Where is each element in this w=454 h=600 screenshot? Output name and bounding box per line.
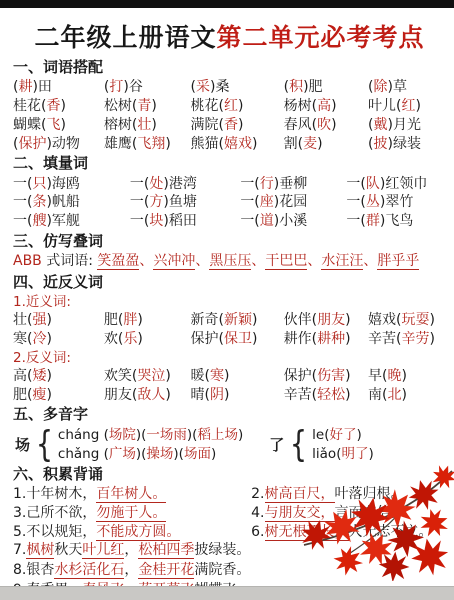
answer-text: 只 — [32, 176, 46, 192]
plain-text: 式词语: — [42, 253, 98, 269]
polyphone-char: 了 — [269, 434, 284, 455]
answer-text: 除 — [374, 79, 388, 95]
abb-words-line: ABB 式词语: 笑盈盈、兴冲冲、黑压压、干巴巴、水汪汪、胖乎乎 — [13, 252, 446, 272]
antonyms-grid: 高(矮)欢笑(哭泣)暖(寒)保护(伤害)早(晚)肥(瘦)朋友(敌人)晴(阴)辛苦… — [13, 367, 446, 405]
plain-text: 壮( — [13, 312, 32, 328]
answer-text: 块 — [149, 213, 163, 229]
answer-text: 香 — [224, 117, 238, 133]
word-item: 1.十年树木，百年树人。 — [13, 485, 251, 504]
plain-text: 熊猫( — [191, 136, 224, 152]
word-item: (积)肥 — [284, 78, 368, 97]
plain-text: 桂花( — [13, 98, 46, 114]
answer-text: 道 — [260, 213, 274, 229]
polyphone-readings: le(好了) liǎo(明了) — [312, 426, 374, 462]
plain-text: )桑 — [210, 79, 229, 95]
plain-text: 桃花( — [191, 98, 224, 114]
plain-text: 叶儿( — [368, 98, 401, 114]
section-reduplication: 三、仿写叠词 ABB 式词语: 笑盈盈、兴冲冲、黑压压、干巴巴、水汪汪、胖乎乎 — [13, 232, 446, 272]
plain-text: ) — [368, 446, 373, 462]
plain-text: )飞鸟 — [380, 213, 413, 229]
polyphone-entry-chang: 场 { cháng (场院)(一场雨)(稻上场) chǎng (广场)(操场)(… — [15, 426, 243, 462]
word-item: 高(矮) — [13, 367, 104, 386]
answer-text-underlined: 干巴巴 — [265, 253, 307, 270]
plain-text: )翠竹 — [380, 194, 413, 210]
answer-text-underlined: 笑盈盈 — [97, 253, 139, 270]
word-item: 一(艘)军舰 — [13, 212, 130, 231]
plain-text: ) — [165, 136, 170, 152]
answer-text: 操场 — [146, 446, 173, 462]
answer-text: 队 — [366, 176, 380, 192]
recitation-pairs-grid: 1.十年树木，百年树人。2.树高百尺，叶落归根。3.己所不欲，勿施于人。4.与朋… — [13, 485, 446, 541]
plain-text: ) — [165, 368, 170, 384]
synonyms-label: 1.近义词: — [13, 293, 446, 311]
plain-text: ) — [137, 312, 142, 328]
word-item: 5.不以规矩，不能成方圆。 — [13, 523, 251, 542]
answer-text: 明了 — [341, 446, 368, 462]
answer-text-underlined: 不能成方圆。 — [96, 524, 180, 541]
plain-text: 一( — [346, 194, 365, 210]
plain-text: 秋天 — [54, 542, 82, 558]
plain-text: 披绿装。 — [194, 542, 250, 558]
measure-words-grid: 一(只)海鸥一(处)港湾一(行)垂柳一(队)红领巾一(条)帆船一(方)鱼塘一(座… — [13, 175, 446, 231]
word-item: 榕树(壮) — [104, 116, 191, 135]
answer-text-underlined: 百年树人。 — [96, 486, 166, 503]
plain-text: ) — [238, 427, 243, 443]
plain-text: ) — [252, 136, 257, 152]
plain-text: )肥 — [303, 79, 322, 95]
answer-text-underlined: 枫树 — [26, 542, 54, 559]
plain-text: 欢笑( — [104, 368, 137, 384]
plain-text: ) — [60, 98, 65, 114]
answer-text: 乐 — [123, 331, 137, 347]
answer-text-underlined: 兴冲冲 — [153, 253, 195, 270]
answer-text: ABB — [13, 253, 42, 269]
answer-text-underlined: 金桂开花 — [138, 562, 194, 579]
word-item: 一(丛)翠竹 — [346, 193, 446, 212]
word-item: 桂花(香) — [13, 97, 104, 116]
section-heading: 四、近反义词 — [13, 273, 446, 292]
plain-text: )帆船 — [46, 194, 79, 210]
answer-text: 耕 — [18, 79, 32, 95]
plain-text: ) — [317, 136, 322, 152]
answer-text: 条 — [32, 194, 46, 210]
plain-text: 寒( — [13, 331, 32, 347]
answer-text: 丛 — [366, 194, 380, 210]
word-item: 伙伴(朋友) — [284, 311, 368, 330]
plain-text: 一( — [13, 194, 32, 210]
plain-text: 一( — [130, 176, 149, 192]
answer-text: 伤害 — [317, 368, 345, 384]
answer-text: 、 — [363, 253, 377, 269]
answer-text: 打 — [109, 79, 123, 95]
answer-text: 、 — [139, 253, 153, 269]
section-polyphone: 五、多音字 场 { cháng (场院)(一场雨)(稻上场) chǎng (广场… — [13, 405, 446, 463]
plain-text: ) — [46, 387, 51, 403]
plain-text: 2. — [251, 486, 264, 502]
plain-text: )田 — [32, 79, 51, 95]
answer-text: 新颖 — [224, 312, 252, 328]
page-title: 二年级上册语文第二单元必考考点 — [13, 22, 446, 53]
word-item: 春风(吹) — [284, 116, 368, 135]
answer-text: 场面 — [184, 446, 211, 462]
plain-text: 满院( — [191, 117, 224, 133]
word-item: 南(北) — [368, 386, 446, 405]
plain-text: cháng ( — [58, 427, 109, 443]
answer-text: 香 — [46, 98, 60, 114]
plain-text: )( — [136, 427, 147, 443]
reading-line: chǎng (广场)(操场)(场面) — [58, 445, 243, 463]
plain-text: )稻田 — [163, 213, 196, 229]
plain-text: ) — [252, 331, 257, 347]
answer-text: 群 — [366, 213, 380, 229]
title-unit: 第二单元必考考点 — [217, 23, 425, 52]
word-item: 新奇(新颖) — [191, 311, 284, 330]
word-item: 嬉戏(玩耍) — [368, 311, 446, 330]
word-item: (除)草 — [368, 78, 446, 97]
plain-text: 叶落归根。 — [335, 486, 405, 502]
answer-text: 强 — [32, 312, 46, 328]
answer-text: 冷 — [32, 331, 46, 347]
answer-text: 处 — [149, 176, 163, 192]
word-item: 一(座)花园 — [240, 193, 346, 212]
plain-text: ， — [124, 562, 138, 578]
plain-text: ) — [211, 446, 216, 462]
answer-text-underlined: 水杉活化石 — [54, 562, 124, 579]
plain-text: 一( — [13, 213, 32, 229]
plain-text: ) — [165, 387, 170, 403]
word-item: 一(处)港湾 — [130, 175, 240, 194]
polyphone-entry-le: 了 { le(好了) liǎo(明了) — [269, 426, 374, 462]
plain-text: ) — [331, 98, 336, 114]
answer-text: 、 — [307, 253, 321, 269]
plain-text: 人无志不立。 — [349, 524, 433, 540]
section-heading: 二、填量词 — [13, 154, 446, 173]
answer-text: 座 — [260, 194, 274, 210]
plain-text: 松树( — [104, 98, 137, 114]
word-item: (保护)动物 — [13, 135, 104, 154]
word-item: 欢(乐) — [104, 330, 191, 349]
section-syn-ant: 四、近反义词 1.近义词: 壮(强)肥(胖)新奇(新颖)伙伴(朋友)嬉戏(玩耍)… — [13, 273, 446, 405]
reading-line: liǎo(明了) — [312, 445, 374, 463]
answer-text-underlined: 黑压压 — [209, 253, 251, 270]
plain-text: 一( — [130, 213, 149, 229]
answer-text: 矮 — [32, 368, 46, 384]
plain-text: 8.银杏 — [13, 562, 54, 578]
answer-text: 红 — [402, 98, 416, 114]
plain-text: ) — [46, 368, 51, 384]
recitation-line: 7.枫树秋天叶儿红，松柏四季披绿装。 — [13, 541, 446, 561]
answer-text: 飞 — [46, 117, 60, 133]
plain-text: ) — [224, 368, 229, 384]
answer-text: 一场雨 — [146, 427, 187, 443]
plain-text: 朋友( — [104, 387, 137, 403]
word-item: 松树(青) — [104, 97, 191, 116]
word-item: 耕作(耕种) — [284, 330, 368, 349]
word-item: 寒(冷) — [13, 330, 104, 349]
answer-text: 采 — [196, 79, 210, 95]
word-item: 满院(香) — [191, 116, 284, 135]
word-item: 一(块)稻田 — [130, 212, 240, 231]
word-item: 4.与朋友交，言而有信。 — [251, 504, 446, 523]
section-heading: 一、词语搭配 — [13, 58, 446, 77]
answer-text-underlined: 叶儿红 — [82, 542, 124, 559]
synonyms-grid: 壮(强)肥(胖)新奇(新颖)伙伴(朋友)嬉戏(玩耍)寒(冷)欢(乐)保护(保卫)… — [13, 311, 446, 349]
answer-text: 阴 — [210, 387, 224, 403]
answer-text: 方 — [149, 194, 163, 210]
answer-text: 场院 — [109, 427, 136, 443]
answer-text: 轻松 — [317, 387, 345, 403]
plain-text: ) — [402, 387, 407, 403]
plain-text: 辛苦( — [284, 387, 317, 403]
word-item: (耕)田 — [13, 78, 104, 97]
answer-text: 胖 — [123, 312, 137, 328]
word-item: (戴)月光 — [368, 116, 446, 135]
plain-text: 3.己所不欲， — [13, 505, 96, 521]
word-item: 暖(寒) — [191, 367, 284, 386]
answer-text: 积 — [289, 79, 303, 95]
answer-text: 披 — [374, 136, 388, 152]
plain-text: )草 — [388, 79, 407, 95]
plain-text: 欢( — [104, 331, 123, 347]
plain-text: ) — [356, 427, 361, 443]
plain-text: ) — [430, 331, 435, 347]
plain-text: )绿装 — [388, 136, 421, 152]
word-item: 叶儿(红) — [368, 97, 446, 116]
plain-text: ) — [46, 331, 51, 347]
plain-text: 南( — [368, 387, 387, 403]
worksheet-page: 二年级上册语文第二单元必考考点 一、词语搭配 (耕)田(打)谷(采)桑(积)肥(… — [0, 8, 454, 587]
recitation-line: 8.银杏水杉活化石，金桂开花满院香。 — [13, 561, 446, 581]
reading-line: le(好了) — [312, 426, 374, 444]
word-item: 辛苦(轻松) — [284, 386, 368, 405]
plain-text: 晴( — [191, 387, 210, 403]
plain-text: 一( — [240, 176, 259, 192]
section-heading: 三、仿写叠词 — [13, 232, 446, 251]
word-item: 一(只)海鸥 — [13, 175, 130, 194]
brace-glyph: { — [290, 427, 307, 463]
answer-text: 2.反义词: — [13, 350, 71, 366]
plain-text: )海鸥 — [46, 176, 79, 192]
plain-text: le( — [312, 427, 329, 443]
answer-text: 壮 — [137, 117, 151, 133]
plain-text: 一( — [130, 194, 149, 210]
brace-glyph: { — [36, 427, 53, 463]
antonyms-label: 2.反义词: — [13, 349, 446, 367]
word-item: 辛苦(辛劳) — [368, 330, 446, 349]
polyphone-char: 场 — [15, 434, 30, 455]
plain-text: 4. — [251, 505, 264, 521]
word-item: 6.树无根不长，人无志不立。 — [251, 523, 446, 542]
worksheet-content: 二年级上册语文第二单元必考考点 一、词语搭配 (耕)田(打)谷(采)桑(积)肥(… — [0, 8, 454, 587]
plain-text: ) — [252, 312, 257, 328]
plain-text: ) — [345, 368, 350, 384]
plain-text: 言而有信。 — [335, 505, 405, 521]
answer-text: 朋友 — [317, 312, 345, 328]
section-word-pairing: 一、词语搭配 (耕)田(打)谷(采)桑(积)肥(除)草桂花(香)松树(青)桃花(… — [13, 58, 446, 153]
word-item: 桃花(红) — [191, 97, 284, 116]
answer-text: 1.近义词: — [13, 294, 71, 310]
word-item: 一(队)红领巾 — [346, 175, 446, 194]
answer-text: 艘 — [32, 213, 46, 229]
plain-text: 新奇( — [191, 312, 224, 328]
polyphone-row: 场 { cháng (场院)(一场雨)(稻上场) chǎng (广场)(操场)(… — [15, 426, 446, 462]
plain-text: 耕作( — [284, 331, 317, 347]
plain-text: 保护( — [284, 368, 317, 384]
word-item: 蝴蝶(飞) — [13, 116, 104, 135]
answer-text: 广场 — [109, 446, 136, 462]
word-item: 一(群)飞鸟 — [346, 212, 446, 231]
word-item: 壮(强) — [13, 311, 104, 330]
word-item: 杨树(高) — [284, 97, 368, 116]
reading-line: cháng (场院)(一场雨)(稻上场) — [58, 426, 243, 444]
plain-text: 嬉戏( — [368, 312, 401, 328]
answer-text: 寒 — [210, 368, 224, 384]
word-pairing-grid: (耕)田(打)谷(采)桑(积)肥(除)草桂花(香)松树(青)桃花(红)杨树(高)… — [13, 78, 446, 153]
plain-text: 一( — [346, 176, 365, 192]
word-item: 雄鹰(飞翔) — [104, 135, 191, 154]
plain-text: 高( — [13, 368, 32, 384]
plain-text: ) — [151, 98, 156, 114]
answer-text: 北 — [388, 387, 402, 403]
answer-text: 飞翔 — [137, 136, 165, 152]
plain-text: ) — [238, 117, 243, 133]
bottom-border-bar — [0, 586, 454, 600]
plain-text: 辛苦( — [368, 331, 401, 347]
answer-text: 青 — [137, 98, 151, 114]
plain-text: )谷 — [123, 79, 142, 95]
word-item: 晴(阴) — [191, 386, 284, 405]
plain-text: 榕树( — [104, 117, 137, 133]
word-item: (采)桑 — [191, 78, 284, 97]
answer-text: 哭泣 — [137, 368, 165, 384]
word-item: 早(晚) — [368, 367, 446, 386]
word-item: 2.树高百尺，叶落归根。 — [251, 485, 446, 504]
answer-text-underlined: 胖乎乎 — [377, 253, 419, 270]
answer-text: 保护 — [18, 136, 46, 152]
word-item: 朋友(敌人) — [104, 386, 191, 405]
answer-text-underlined: 树无根不长， — [265, 524, 349, 541]
plain-text: ) — [345, 387, 350, 403]
answer-text-underlined: 松柏四季 — [138, 542, 194, 559]
plain-text: ) — [416, 98, 421, 114]
plain-text: ) — [345, 312, 350, 328]
plain-text: 5.不以规矩， — [13, 524, 96, 540]
answer-text-underlined: 树高百尺， — [265, 486, 335, 503]
answer-text-underlined: 水汪汪 — [321, 253, 363, 270]
plain-text: )( — [173, 446, 184, 462]
word-item: 一(条)帆船 — [13, 193, 130, 212]
word-item: 肥(胖) — [104, 311, 191, 330]
answer-text-underlined: 勿施于人。 — [96, 505, 166, 522]
polyphone-readings: cháng (场院)(一场雨)(稻上场) chǎng (广场)(操场)(场面) — [58, 426, 243, 462]
answer-text: 好了 — [329, 427, 356, 443]
top-border-bar — [0, 0, 454, 8]
plain-text: )鱼塘 — [163, 194, 196, 210]
plain-text: ) — [46, 312, 51, 328]
plain-text: liǎo( — [312, 446, 341, 462]
answer-text: 敌人 — [137, 387, 165, 403]
plain-text: )( — [136, 446, 147, 462]
plain-text: 肥( — [104, 312, 123, 328]
word-item: 割(麦) — [284, 135, 368, 154]
plain-text: ) — [430, 312, 435, 328]
plain-text: )月光 — [388, 117, 421, 133]
word-item: 欢笑(哭泣) — [104, 367, 191, 386]
answer-text: 行 — [260, 176, 274, 192]
word-item: 肥(瘦) — [13, 386, 104, 405]
plain-text: 7. — [13, 542, 26, 558]
plain-text: 一( — [13, 176, 32, 192]
plain-text: 6. — [251, 524, 264, 540]
answer-text: 稻上场 — [197, 427, 238, 443]
answer-text: 玩耍 — [402, 312, 430, 328]
plain-text: )动物 — [46, 136, 79, 152]
plain-text: 春风( — [284, 117, 317, 133]
plain-text: 保护( — [191, 331, 224, 347]
plain-text: 蝴蝶( — [13, 117, 46, 133]
plain-text: 割( — [284, 136, 303, 152]
plain-text: 杨树( — [284, 98, 317, 114]
word-item: 保护(伤害) — [284, 367, 368, 386]
section-recitation: 六、积累背诵 1.十年树木，百年树人。2.树高百尺，叶落归根。3.己所不欲，勿施… — [13, 465, 446, 587]
plain-text: ) — [402, 368, 407, 384]
answer-text: 高 — [317, 98, 331, 114]
word-item: (披)绿装 — [368, 135, 446, 154]
answer-text: 、 — [195, 253, 209, 269]
plain-text: )花园 — [274, 194, 307, 210]
plain-text: 暖( — [191, 368, 210, 384]
answer-text: 嬉戏 — [224, 136, 252, 152]
answer-text: 红 — [224, 98, 238, 114]
plain-text: 一( — [240, 213, 259, 229]
plain-text: 满院香。 — [194, 562, 250, 578]
title-course: 二年级上册语文 — [34, 23, 216, 52]
answer-text: 耕种 — [317, 331, 345, 347]
plain-text: )小溪 — [274, 213, 307, 229]
answer-text: 麦 — [303, 136, 317, 152]
section-heading: 五、多音字 — [13, 405, 446, 424]
word-item: 保护(保卫) — [191, 330, 284, 349]
answer-text: 瘦 — [32, 387, 46, 403]
plain-text: 雄鹰( — [104, 136, 137, 152]
answer-text: 戴 — [374, 117, 388, 133]
plain-text: 肥( — [13, 387, 32, 403]
word-item: 一(方)鱼塘 — [130, 193, 240, 212]
word-item: 一(行)垂柳 — [240, 175, 346, 194]
plain-text: )军舰 — [46, 213, 79, 229]
answer-text: 晚 — [388, 368, 402, 384]
plain-text: ) — [151, 117, 156, 133]
plain-text: ) — [224, 387, 229, 403]
answer-text: 保卫 — [224, 331, 252, 347]
answer-text-underlined: 与朋友交， — [265, 505, 335, 522]
section-measure-words: 二、填量词 一(只)海鸥一(处)港湾一(行)垂柳一(队)红领巾一(条)帆船一(方… — [13, 154, 446, 230]
plain-text: ) — [137, 331, 142, 347]
plain-text: ) — [345, 331, 350, 347]
plain-text: 一( — [346, 213, 365, 229]
plain-text: chǎng ( — [58, 446, 109, 462]
plain-text: ) — [238, 98, 243, 114]
plain-text: )( — [187, 427, 198, 443]
plain-text: 早( — [368, 368, 387, 384]
answer-text: 吹 — [317, 117, 331, 133]
plain-text: ) — [60, 117, 65, 133]
section-heading: 六、积累背诵 — [13, 465, 446, 484]
answer-text: 、 — [251, 253, 265, 269]
plain-text: )港湾 — [163, 176, 196, 192]
word-item: (打)谷 — [104, 78, 191, 97]
plain-text: 1.十年树木， — [13, 486, 96, 502]
